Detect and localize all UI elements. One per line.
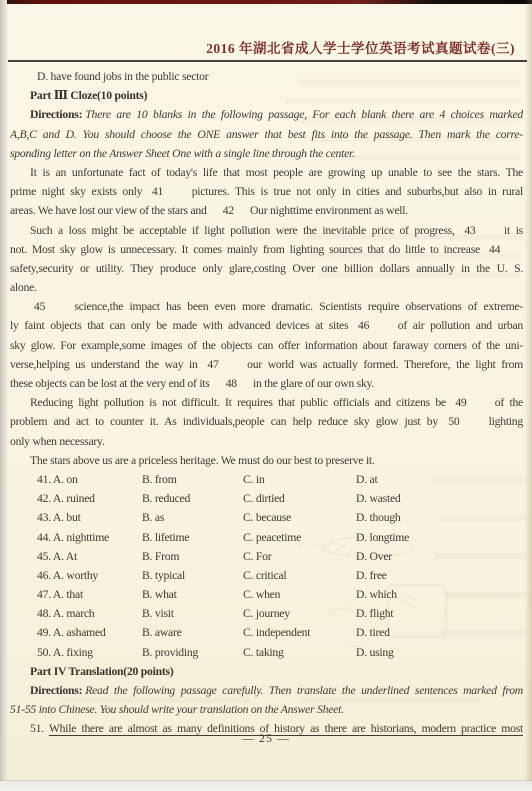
option-cell: B. From xyxy=(142,547,243,566)
passage-line: 45 science,the impact has been even more… xyxy=(10,297,523,316)
cloze-options: 41. A. onB. fromC. inD. at42. A. ruinedB… xyxy=(10,470,523,662)
leftover-option-line: D. have found jobs in the public sector xyxy=(10,67,523,86)
option-cell: D. flight xyxy=(356,604,523,623)
page-number: — 25 — xyxy=(0,731,532,746)
option-cell: 46. A. worthy xyxy=(37,566,142,585)
passage-line: verse,helping us understand the way in 4… xyxy=(10,355,523,374)
option-cell: C. taking xyxy=(243,643,356,662)
scan-edge-left xyxy=(0,0,7,791)
option-cell: 49. A. ashamed xyxy=(37,623,142,642)
passage-line: sky glow. For example,some images of the… xyxy=(10,336,523,355)
passage-line: safety,security or utility. They produce… xyxy=(10,259,523,278)
directions-label: Directions: xyxy=(30,108,82,121)
option-cell: C. For xyxy=(243,547,356,566)
option-cell: C. independent xyxy=(243,623,356,642)
option-cell: D. Over xyxy=(356,547,523,566)
option-cell: D. wasted xyxy=(356,489,523,508)
option-row: 43. A. butB. asC. becauseD. though xyxy=(10,508,523,527)
passage-line: Reducing light pollution is not difficul… xyxy=(10,393,523,412)
cloze-blank: 46 xyxy=(354,316,392,335)
page-header: 2016 年湖北省成人学士学位英语考试真题试卷(三) xyxy=(10,40,515,58)
option-cell: D. longtime xyxy=(356,528,523,547)
scan-edge-top xyxy=(0,0,532,4)
option-row: 50. A. fixingB. providingC. takingD. usi… xyxy=(10,643,523,662)
option-cell: C. critical xyxy=(243,566,356,585)
option-cell: 43. A. but xyxy=(37,508,142,527)
cloze-blank: 48 xyxy=(212,374,250,393)
option-cell: B. visit xyxy=(142,604,243,623)
header-title: 2016 年湖北省成人学士学位英语考试真题试卷(三) xyxy=(206,41,515,56)
option-cell: D. using xyxy=(356,643,523,662)
option-cell: 47. A. that xyxy=(37,585,142,604)
option-cell: D. free xyxy=(356,566,523,585)
cloze-directions: Directions:There are 10 blanks in the fo… xyxy=(10,105,523,163)
cloze-blank: 49 xyxy=(451,393,489,412)
directions-line: Directions:Read the following passage ca… xyxy=(10,681,523,700)
option-cell: 45. A. At xyxy=(37,547,142,566)
cloze-passage: It is an unfortunate fact of today's lif… xyxy=(10,163,523,470)
option-cell: D. tired xyxy=(356,623,523,642)
passage-line: The stars above us are a priceless herit… xyxy=(10,451,523,470)
cloze-blank: 42 xyxy=(209,201,247,220)
option-row: 46. A. worthyB. typicalC. criticalD. fre… xyxy=(10,566,523,585)
passage-line: only when necessary. xyxy=(10,432,523,451)
scan-edge-bottom xyxy=(0,780,532,791)
scan-edge-right xyxy=(525,0,532,791)
option-cell: 41. A. on xyxy=(37,470,142,489)
option-cell: B. lifetime xyxy=(142,528,243,547)
option-cell: C. peacetime xyxy=(243,528,356,547)
passage-line: these objects can be lost at the very en… xyxy=(10,374,523,393)
option-cell: C. dirtied xyxy=(243,489,356,508)
option-cell: 42. A. ruined xyxy=(37,489,142,508)
part3-heading: Part Ⅲ Cloze(10 points) xyxy=(10,86,523,105)
option-cell: 48. A. march xyxy=(37,604,142,623)
option-cell: B. as xyxy=(142,508,243,527)
cloze-blank: 41 xyxy=(148,182,186,201)
option-cell: C. because xyxy=(243,508,356,527)
option-cell: C. in xyxy=(243,470,356,489)
option-cell: B. what xyxy=(142,585,243,604)
directions-label: Directions: xyxy=(30,684,82,697)
directions-line: Directions:There are 10 blanks in the fo… xyxy=(10,105,523,124)
option-row: 44. A. nighttimeB. lifetimeC. peacetimeD… xyxy=(10,528,523,547)
option-row: 48. A. marchB. visitC. journeyD. flight xyxy=(10,604,523,623)
passage-line: Such a loss might be acceptable if light… xyxy=(10,221,523,240)
part4-heading: Part IV Translation(20 points) xyxy=(10,662,523,681)
cloze-blank: 43 xyxy=(460,221,498,240)
passage-line: alone. xyxy=(10,278,523,297)
passage-line: areas. We have lost our view of the star… xyxy=(10,201,523,220)
directions-line: A,B,C and D. You should choose the ONE a… xyxy=(10,125,523,144)
option-row: 45. A. AtB. FromC. ForD. Over xyxy=(10,547,523,566)
option-row: 41. A. onB. fromC. inD. at xyxy=(10,470,523,489)
cloze-blank: 47 xyxy=(203,355,241,374)
option-cell: C. journey xyxy=(243,604,356,623)
cloze-blank: 45 xyxy=(30,297,68,316)
directions-line: 51-55 into Chinese. You should write you… xyxy=(10,700,523,719)
option-cell: D. which xyxy=(356,585,523,604)
option-cell: D. though xyxy=(356,508,523,527)
cloze-blank: 50 xyxy=(444,412,482,431)
option-cell: B. providing xyxy=(142,643,243,662)
option-cell: B. from xyxy=(142,470,243,489)
passage-line: It is an unfortunate fact of today's lif… xyxy=(10,163,523,182)
option-cell: 44. A. nighttime xyxy=(37,528,142,547)
passage-line: not. Most sky glow is unnecessary. It co… xyxy=(10,240,523,259)
passage-line: problem and act to counter it. As indivi… xyxy=(10,412,523,431)
translation-directions: Directions:Read the following passage ca… xyxy=(10,681,523,719)
directions-line: sponding letter on the Answer Sheet One … xyxy=(10,144,523,163)
passage-line: prime night sky exists only 41 pictures.… xyxy=(10,182,523,201)
option-cell: C. when xyxy=(243,585,356,604)
option-row: 47. A. thatB. whatC. whenD. which xyxy=(10,585,523,604)
header-rule xyxy=(8,60,527,62)
passage-line: ly faint objects that can only be made w… xyxy=(10,316,523,335)
cloze-blank: 44 xyxy=(485,240,523,259)
page-content: D. have found jobs in the public sector … xyxy=(10,67,523,739)
scanned-exam-page: 2016 年湖北省成人学士学位英语考试真题试卷(三) D. have found… xyxy=(0,0,532,791)
option-cell: B. typical xyxy=(142,566,243,585)
option-cell: B. reduced xyxy=(142,489,243,508)
option-row: 42. A. ruinedB. reducedC. dirtiedD. wast… xyxy=(10,489,523,508)
option-cell: 50. A. fixing xyxy=(37,643,142,662)
option-row: 49. A. ashamedB. awareC. independentD. t… xyxy=(10,623,523,642)
option-cell: D. at xyxy=(356,470,523,489)
option-cell: B. aware xyxy=(142,623,243,642)
